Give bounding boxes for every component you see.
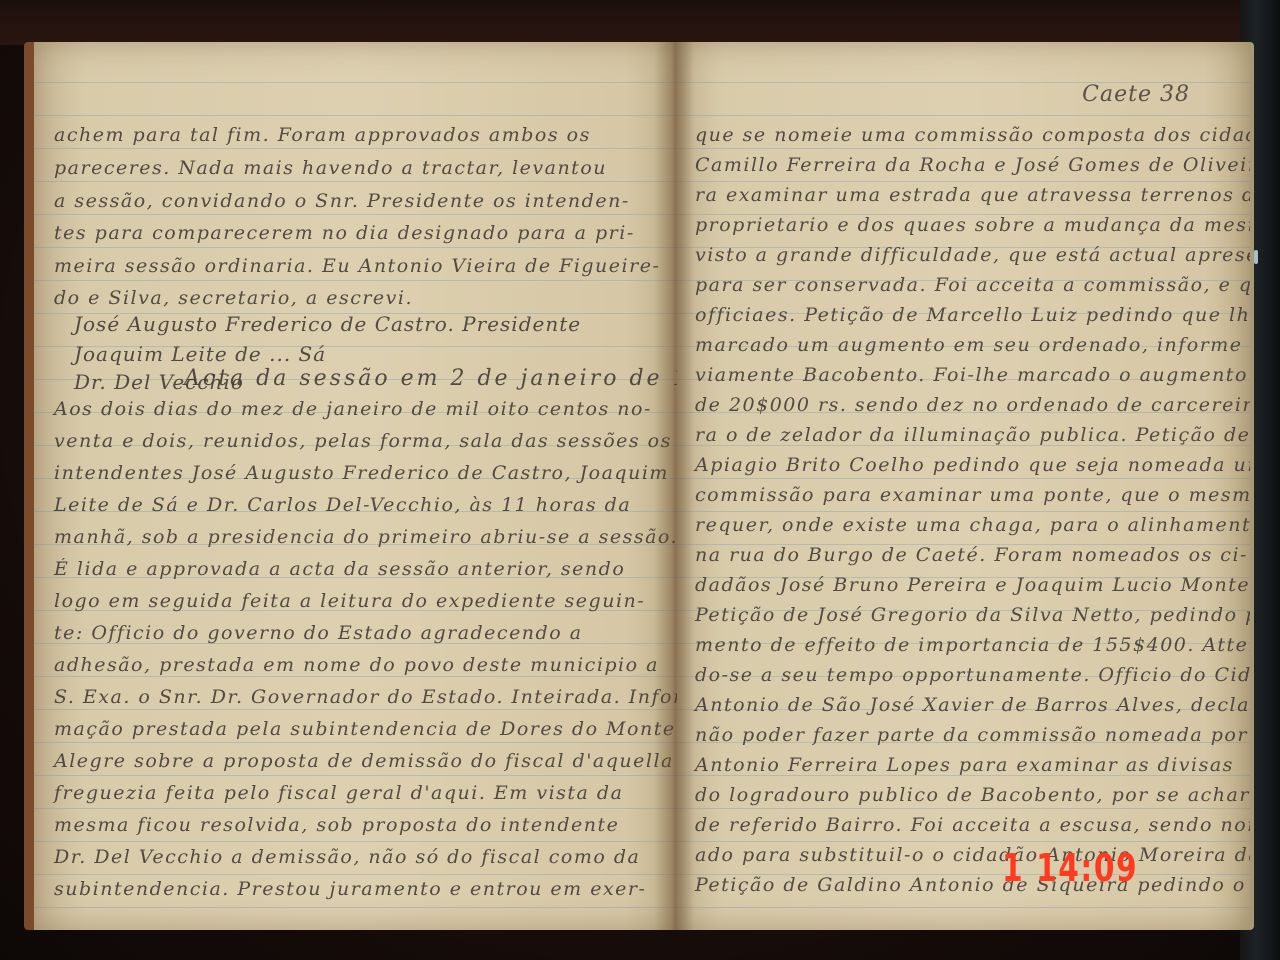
handwritten-line: a sessão, convidando o Snr. Presidente o… — [34, 190, 677, 212]
handwritten-line: subintendencia. Prestou juramento e entr… — [34, 878, 677, 900]
handwritten-line: Antonio Ferreira Lopes para examinar as … — [677, 754, 1250, 776]
handwritten-line: mação prestada pela subintendencia de Do… — [34, 718, 677, 740]
handwritten-line: do e Silva, secretario, a escrevi. — [34, 287, 677, 309]
page-number: Caete 38 — [1082, 82, 1190, 107]
handwritten-line: requer, onde existe uma chaga, para o al… — [677, 514, 1250, 536]
handwritten-line: viamente Bacobento. Foi-lhe marcado o au… — [677, 364, 1250, 386]
handwritten-line: freguezia feita pelo fiscal geral d'aqui… — [34, 782, 677, 804]
handwritten-line: marcado um augmento em seu ordenado, inf… — [677, 334, 1250, 356]
handwritten-line: Antonio de São José Xavier de Barros Alv… — [677, 694, 1250, 716]
handwritten-line: meira sessão ordinaria. Eu Antonio Vieir… — [34, 255, 677, 277]
handwritten-line: pareceres. Nada mais havendo a tractar, … — [34, 157, 677, 179]
handwritten-line: visto a grande difficuldade, que está ac… — [677, 244, 1250, 266]
handwritten-line: proprietario e dos quaes sobre a mudança… — [677, 214, 1250, 236]
handwritten-line: para ser conservada. Foi acceita a commi… — [677, 274, 1250, 296]
handwritten-line: Petição de José Gregorio da Silva Netto,… — [677, 604, 1250, 626]
handwritten-line: dadãos José Bruno Pereira e Joaquim Luci… — [677, 574, 1250, 596]
handwritten-line: que se nomeie uma commissão composta dos… — [677, 124, 1250, 146]
handwritten-line: de referido Bairro. Foi acceita a escusa… — [677, 814, 1250, 836]
signature-president: José Augusto Frederico de Castro. Presid… — [34, 312, 677, 336]
handwritten-line: Aos dois dias do mez de janeiro de mil o… — [34, 398, 677, 420]
handwritten-line: Leite de Sá e Dr. Carlos Del-Vecchio, às… — [34, 494, 677, 516]
handwritten-line: manhã, sob a presidencia do primeiro abr… — [34, 526, 677, 548]
handwritten-line: te: Officio do governo do Estado agradec… — [34, 622, 677, 644]
handwritten-line: S. Exa. o Snr. Dr. Governador do Estado.… — [34, 686, 677, 708]
handwritten-line: commissão para examinar uma ponte, que o… — [677, 484, 1250, 506]
handwritten-line: venta e dois, reunidos, pelas forma, sal… — [34, 430, 677, 452]
handwritten-line: na rua do Burgo de Caeté. Foram nomeados… — [677, 544, 1250, 566]
handwritten-line: ado para substituil-o o cidadão Antonio … — [677, 844, 1250, 866]
handwritten-line: achem para tal fim. Foram approvados amb… — [34, 124, 677, 146]
open-ledger-book: achem para tal fim. Foram approvados amb… — [24, 42, 1254, 930]
handwritten-line: de 20$000 rs. sendo dez no ordenado de c… — [677, 394, 1250, 416]
minutes-heading: Acta da sessão em 2 de janeiro de 1892 — [34, 366, 677, 391]
handwritten-line: Dr. Del Vecchio a demissão, não só do fi… — [34, 846, 677, 868]
glass-reflection — [1254, 250, 1258, 264]
handwritten-line: não poder fazer parte da commissão nomea… — [677, 724, 1250, 746]
handwritten-line: mento de effeito de importancia de 155$4… — [677, 634, 1250, 656]
left-page: achem para tal fim. Foram approvados amb… — [24, 42, 677, 930]
handwritten-line: tes para comparecerem no dia designado p… — [34, 222, 677, 244]
handwritten-line: logo em seguida feita a leitura do exped… — [34, 590, 677, 612]
handwritten-line: Petição de Galdino Antonio de Siqueira p… — [677, 874, 1250, 896]
handwritten-line: É lida e approvada a acta da sessão ante… — [34, 558, 677, 580]
handwritten-line: intendentes José Augusto Frederico de Ca… — [34, 462, 677, 484]
camera-timestamp-overlay: 1 14:09 — [1002, 846, 1138, 890]
handwritten-line: ra o de zelador da illuminação publica. … — [677, 424, 1250, 446]
handwritten-line: mesma ficou resolvida, sob proposta do i… — [34, 814, 677, 836]
handwritten-line: do-se a seu tempo opportunamente. Offici… — [677, 664, 1250, 686]
handwritten-line: do logradouro publico de Bacobento, por … — [677, 784, 1250, 806]
handwritten-line: Alegre sobre a proposta de demissão do f… — [34, 750, 677, 772]
right-page: Caete 38 que se nomeie uma commissão com… — [677, 42, 1254, 930]
handwritten-line: adhesão, prestada em nome do povo deste … — [34, 654, 677, 676]
dark-background-top — [0, 0, 1280, 45]
signature-intendant: Joaquim Leite de ... Sá — [34, 342, 677, 366]
handwritten-line: ra examinar uma estrada que atravessa te… — [677, 184, 1250, 206]
handwritten-line: Camillo Ferreira da Rocha e José Gomes d… — [677, 154, 1250, 176]
handwritten-line: officiaes. Petição de Marcello Luiz pedi… — [677, 304, 1250, 326]
handwritten-line: Apiagio Brito Coelho pedindo que seja no… — [677, 454, 1250, 476]
